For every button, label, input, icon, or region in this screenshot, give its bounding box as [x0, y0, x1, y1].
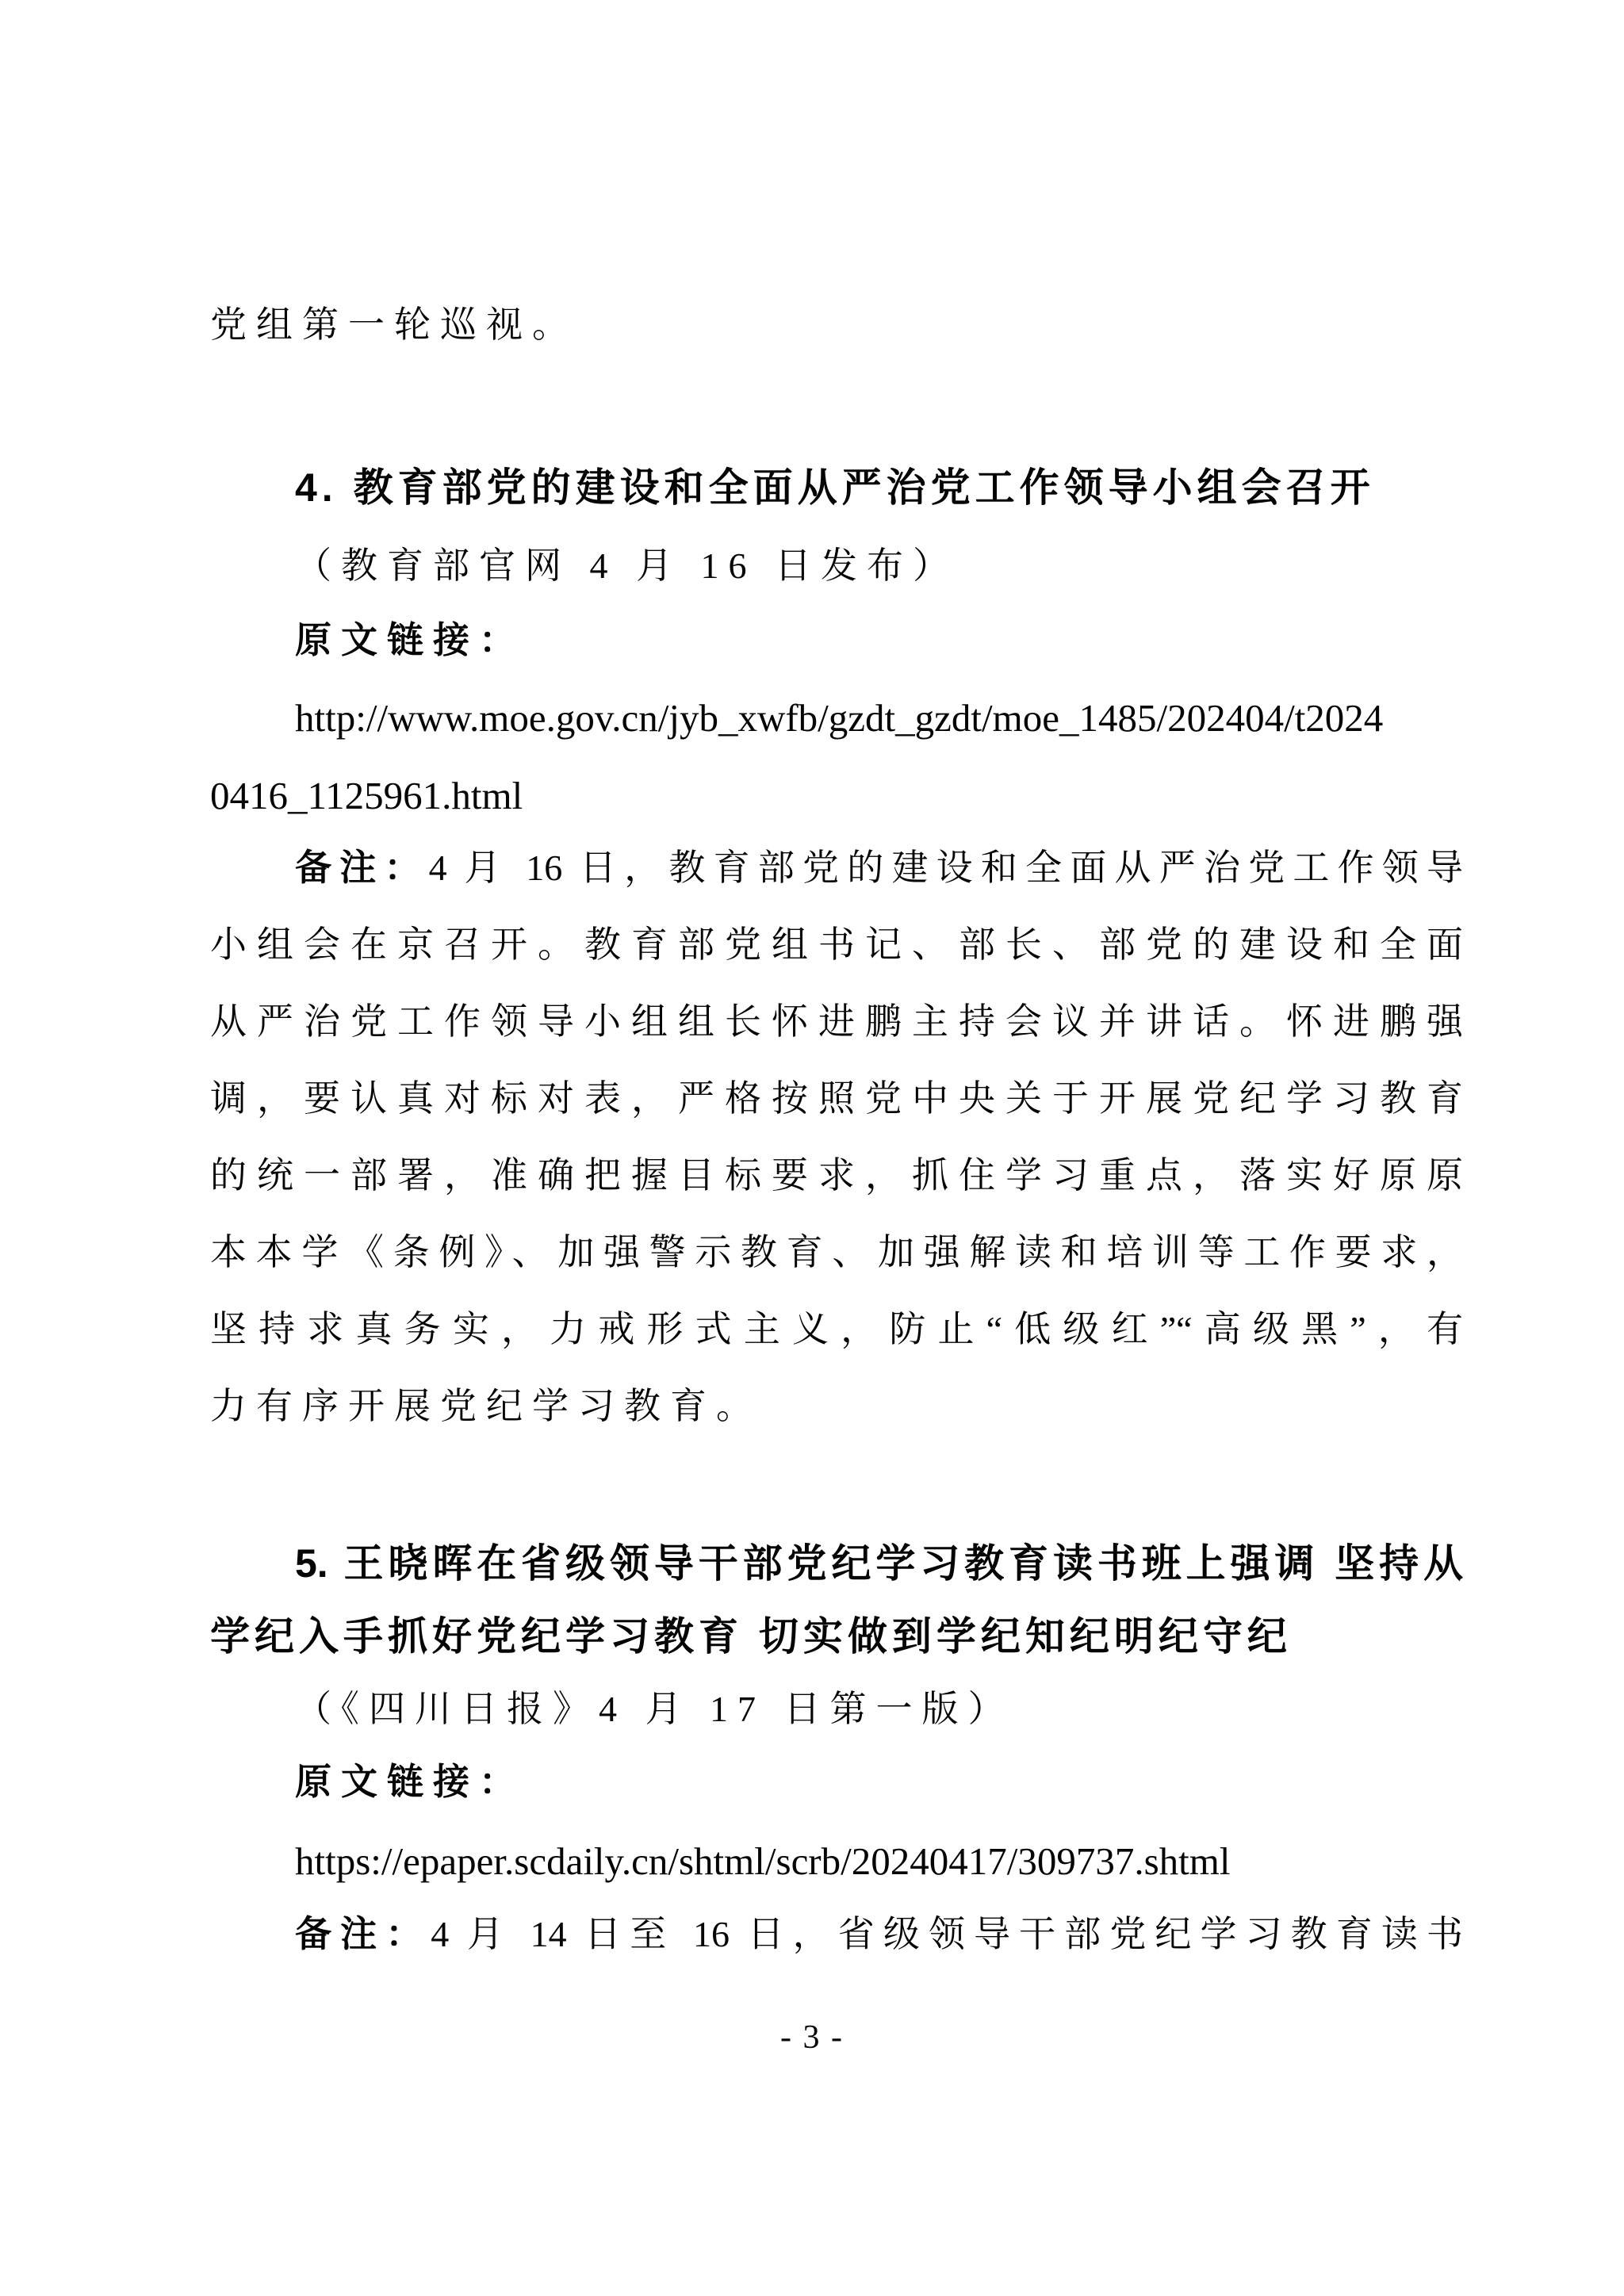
section5-note-label: 备注：: [295, 1914, 431, 1954]
section4-note-line5: 的统一部署，准确把握目标要求，抓住学习重点，落实好原原: [210, 1136, 1463, 1215]
document-page: 党组第一轮巡视。 4. 教育部党的建设和全面从严治党工作领导小组会召开 （教育部…: [0, 0, 1624, 2296]
section4-source-note: （教育部官网 4 月 16 日发布）: [210, 526, 1463, 606]
intro-paragraph-line: 党组第一轮巡视。: [210, 285, 1463, 365]
section4-note-line6: 本本学《条例》、加强警示教育、加强解读和培训等工作要求，: [210, 1213, 1463, 1292]
section4-note-line8: 力有序开展党纪学习教育。: [210, 1367, 1463, 1446]
section4-note-line2: 小组会在京召开。教育部党组书记、部长、部党的建设和全面: [210, 905, 1463, 985]
section5-link-label: 原文链接：: [210, 1743, 1463, 1822]
section4-note-line7: 坚持求真务实，力戒形式主义，防止“低级红”“高级黑”，有: [210, 1290, 1463, 1369]
section5-note-line1: 备注：4 月 14 日至 16 日，省级领导干部党纪学习教育读书: [210, 1895, 1463, 1974]
section4-link-label: 原文链接：: [210, 601, 1463, 680]
section5-heading-line1: 5. 王晓晖在省级领导干部党纪学习教育读书班上强调 坚持从: [210, 1524, 1463, 1603]
section4-note-line1: 备注：4 月 16 日，教育部党的建设和全面从严治党工作领导: [210, 828, 1463, 908]
section4-note-line4: 调，要认真对标对表，严格按照党中央关于开展党纪学习教育: [210, 1059, 1463, 1138]
section4-note-line3: 从严治党工作领导小组组长怀进鹏主持会议并讲话。怀进鹏强: [210, 982, 1463, 1062]
section4-url-line2: 0416_1125961.html: [210, 756, 1463, 836]
page-number: - 3 -: [0, 1998, 1624, 2077]
section4-heading: 4. 教育部党的建设和全面从严治党工作领导小组会召开: [210, 448, 1463, 527]
section5-url: https://epaper.scdaily.cn/shtml/scrb/202…: [210, 1822, 1463, 1901]
section5-note-line1-text: 4 月 14 日至 16 日，省级领导干部党纪学习教育读书: [431, 1914, 1463, 1954]
section4-url-line1: http://www.moe.gov.cn/jyb_xwfb/gzdt_gzdt…: [210, 679, 1463, 758]
section5-source-note: （《四川日报》4 月 17 日第一版）: [210, 1670, 1463, 1749]
section5-heading-line2: 学纪入手抓好党纪学习教育 切实做到学纪知纪明纪守纪: [210, 1597, 1463, 1676]
section4-note-line1-text: 4 月 16 日，教育部党的建设和全面从严治党工作领导: [429, 848, 1463, 888]
section4-note-label: 备注：: [295, 848, 429, 888]
